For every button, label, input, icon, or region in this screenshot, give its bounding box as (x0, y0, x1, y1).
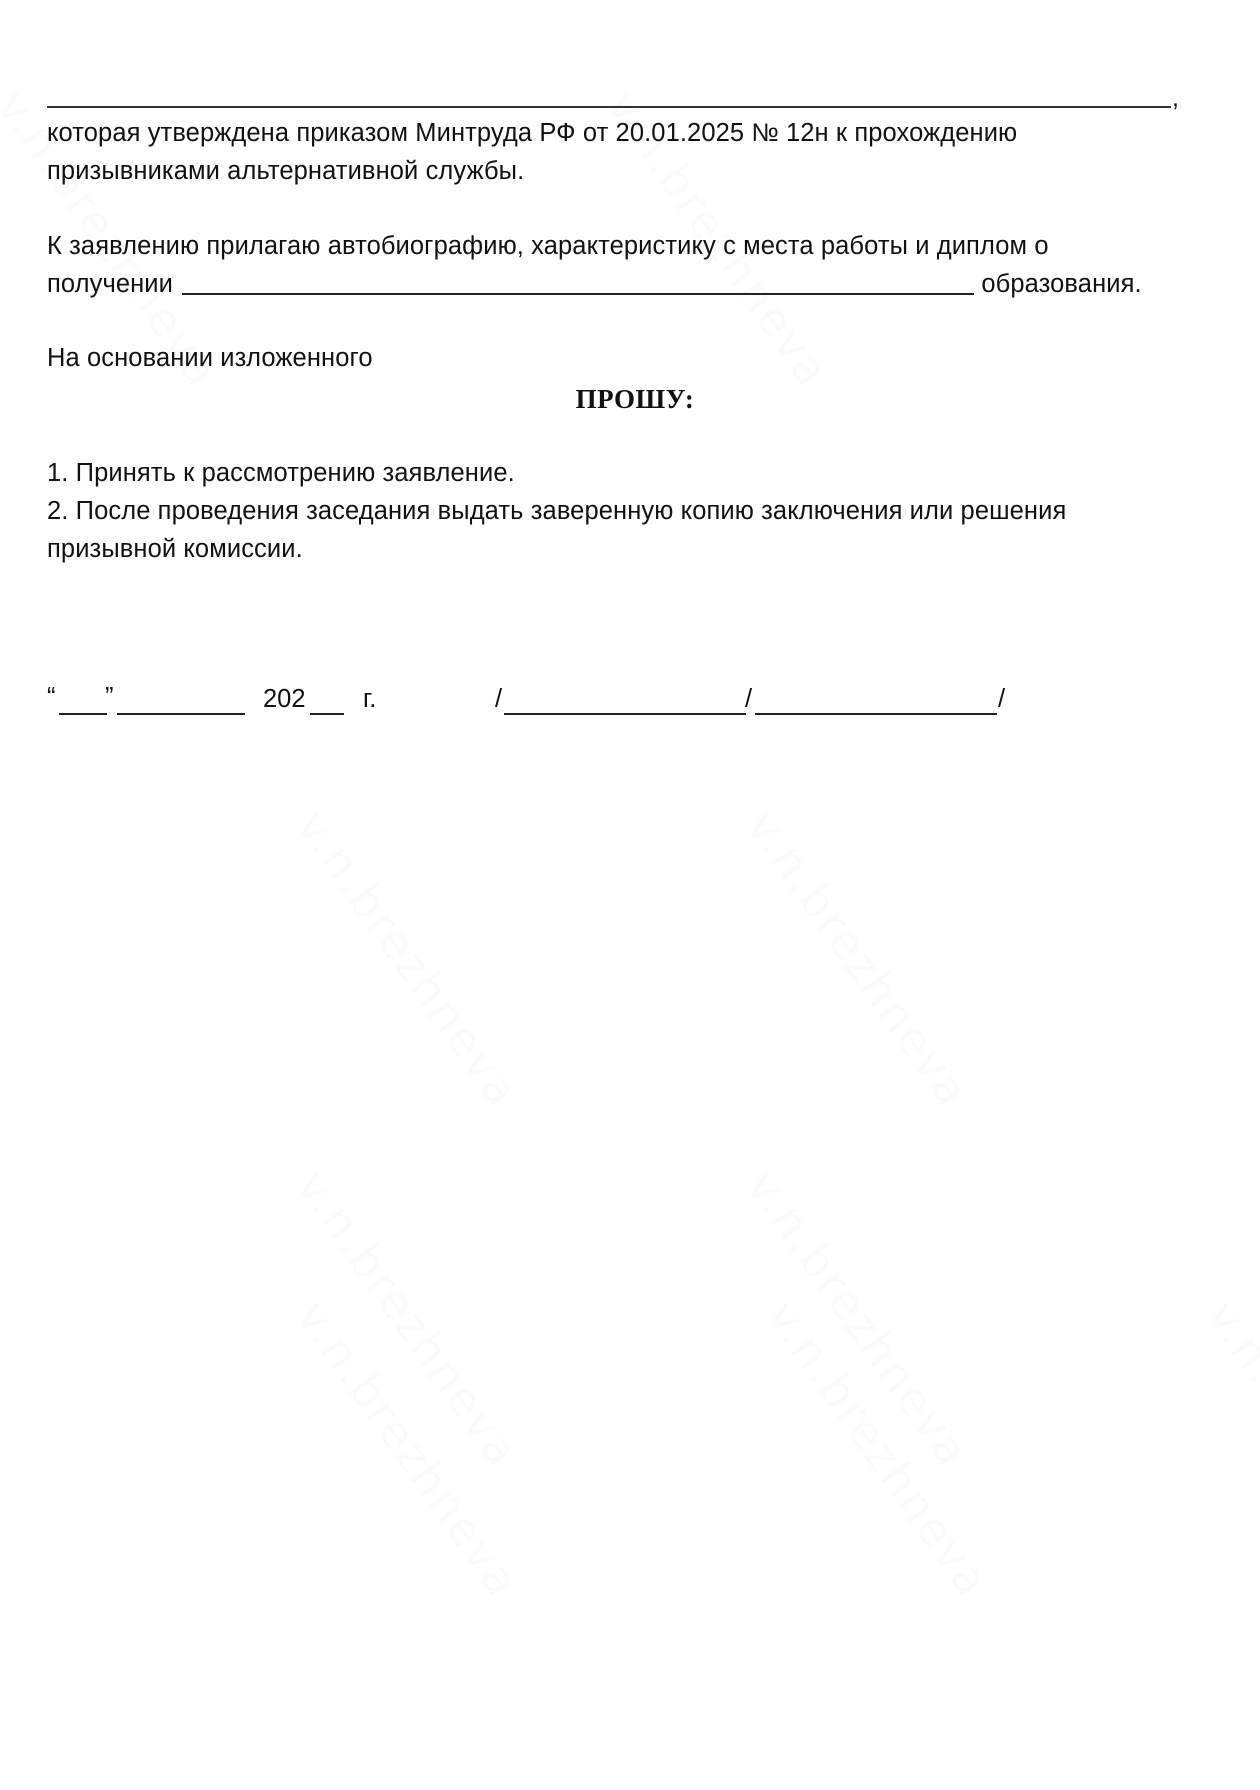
document-page: v.n.brezhneva v.n.brezhneva v.n.brezhnev… (0, 0, 1260, 1790)
year-blank[interactable] (310, 712, 344, 715)
intro-line-2: призывниками альтернативной службы. (47, 156, 524, 186)
attachments-line-2: получении образования. (47, 269, 1142, 299)
watermark-text: v.n.brezhneva (286, 1160, 531, 1477)
request-heading-text: ПРОШУ: (576, 384, 695, 414)
watermark-text: v.n.brezhneva (736, 800, 981, 1117)
education-level-blank[interactable] (182, 292, 974, 295)
watermark-text: v.n.brezhneva (286, 800, 531, 1117)
watermark-text: v.n.brezhneva (1196, 1290, 1260, 1607)
close-quote: ” (105, 683, 114, 712)
attachments-suffix: образования. (981, 270, 1141, 298)
basis-text: На основании изложенного (47, 343, 373, 373)
watermark-text: v.n.brezhneva (286, 1290, 531, 1607)
watermark-text: v.n.brezhneva (756, 1290, 1001, 1607)
watermark-text: v.n.brezhneva (736, 1160, 981, 1477)
attachments-line-1: К заявлению прилагаю автобиографию, хара… (47, 231, 1049, 261)
year-prefix: 202 (263, 685, 306, 714)
month-blank[interactable] (117, 712, 245, 715)
top-blank-comma: , (1172, 84, 1179, 113)
signature-slash-2: / (745, 685, 752, 714)
open-quote: “ (47, 683, 56, 712)
request-item-1: 1. Принять к рассмотрению заявление. (47, 458, 515, 488)
request-heading: ПРОШУ: (0, 384, 1260, 415)
day-blank[interactable] (59, 712, 107, 715)
intro-line-1: которая утверждена приказом Минтруда РФ … (47, 118, 1017, 148)
blank-field-top[interactable] (47, 106, 1171, 108)
signature-slash-1: / (495, 685, 502, 714)
year-suffix: г. (363, 685, 376, 714)
signature-slash-3: / (998, 685, 1005, 714)
signature-blank[interactable] (504, 712, 746, 715)
name-transcript-blank[interactable] (755, 712, 997, 715)
attachments-prefix: получении (47, 270, 173, 298)
request-item-2-continued: призывной комиссии. (47, 534, 303, 564)
request-item-2: 2. После проведения заседания выдать зав… (47, 496, 1066, 526)
